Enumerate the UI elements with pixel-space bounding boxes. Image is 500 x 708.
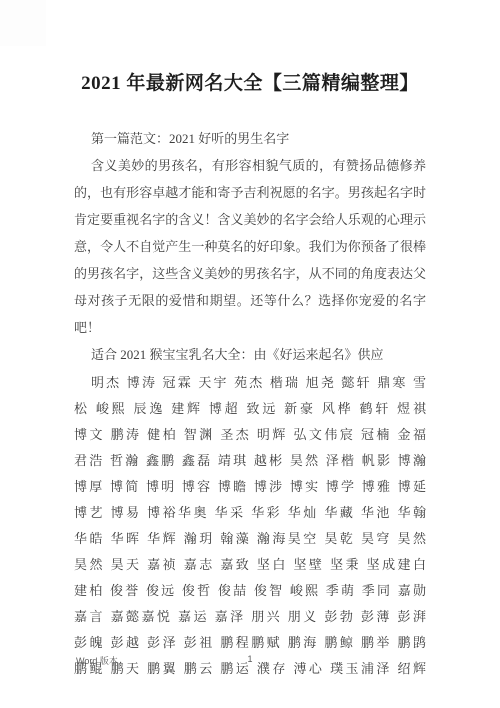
name-row: 明杰 博涛 冠霖 天宇 苑杰 楷瑞 旭尧 懿轩 鼎寒 雪: [74, 370, 426, 396]
page-footer: Word 版本 1: [0, 652, 500, 668]
page-title: 2021 年最新网名大全【三篇精编整理】: [74, 70, 426, 98]
section-heading: 第一篇范文：2021 好听的男生名字: [74, 125, 426, 152]
name-row: 建柏 俊誉 俊远 俊哲 俊喆 俊智 峻熙 季萌 季同 嘉勋: [74, 578, 426, 604]
name-row: 松 峻熙 辰逸 建辉 博超 致远 新豪 风桦 鹤轩 煜祺: [74, 396, 426, 422]
document-page: 2021 年最新网名大全【三篇精编整理】 第一篇范文：2021 好听的男生名字 …: [0, 0, 500, 708]
name-row: 博文 鹏涛 健柏 智渊 圣杰 明辉 弘文伟宸 冠楠 金福: [74, 422, 426, 448]
name-row: 昊然 昊天 嘉祯 嘉志 嘉致 坚白 坚壁 坚秉 坚成建白: [74, 552, 426, 578]
name-row: 博艺 博易 博裕华奥 华采 华彩 华灿 华藏 华池 华翰: [74, 500, 426, 526]
name-row: 博厚 博简 博明 博容 博瞻 博涉 博实 博学 博雅 博延: [74, 474, 426, 500]
supply-line: 适合 2021 猴宝宝乳名大全：由《好运来起名》供应: [74, 341, 426, 368]
page-number: 1: [0, 654, 500, 664]
name-list: 明杰 博涛 冠霖 天宇 苑杰 楷瑞 旭尧 懿轩 鼎寒 雪 松 峻熙 辰逸 建辉 …: [74, 370, 426, 682]
name-row: 嘉言 嘉懿嘉悦 嘉运 嘉泽 朋兴 朋义 彭勃 彭薄 彭湃: [74, 604, 426, 630]
text-block: 第一篇范文：2021 好听的男生名字 含义美妙的男孩名，有形容相貌气质的，有赞扬…: [74, 125, 426, 682]
document-body: 2021 年最新网名大全【三篇精编整理】 第一篇范文：2021 好听的男生名字 …: [74, 0, 426, 682]
scan-artifact: [0, 0, 46, 46]
name-row: 君浩 哲瀚 鑫鹏 鑫磊 靖琪 越彬 昊然 泽楷 帆影 博瀚: [74, 448, 426, 474]
name-row: 华皓 华晖 华辉 瀚玥 翰藻 瀚海昊空 昊乾 昊穹 昊然: [74, 526, 426, 552]
intro-paragraph: 含义美妙的男孩名，有形容相貌气质的，有赞扬品德修养的，也有形容卓越才能和寄予吉利…: [74, 152, 426, 341]
